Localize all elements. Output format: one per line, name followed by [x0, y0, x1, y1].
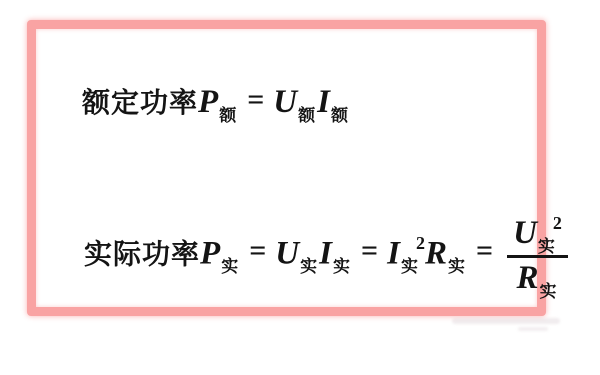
rated-equals: = [247, 83, 264, 116]
actual-sub-r: 实 [448, 258, 465, 275]
rated-var-u: U [273, 84, 297, 120]
actual-var-p: P [200, 235, 220, 271]
actual-sub-i: 实 [333, 258, 350, 275]
actual-equals-1: = [249, 234, 266, 267]
rated-sub-u: 额 [298, 107, 315, 124]
rated-var-i: I [317, 84, 330, 120]
fraction-sup-u: 2 [553, 214, 562, 232]
watermark-smudge-line-1 [452, 318, 560, 324]
fraction-sub-r: 实 [539, 283, 556, 300]
actual-equals-3: = [476, 234, 493, 267]
fraction-numerator: U实2 [507, 215, 568, 251]
formula-card: 额定功率P额=U额I额 实际功率P实=U实I实=I实2R实=U实2R实 [0, 0, 600, 375]
fraction-u-squared-over-r: U实2R实 [507, 215, 568, 297]
rated-var-p: P [198, 84, 218, 120]
rated-power-formula: 额定功率P额=U额I额 [82, 81, 350, 121]
fraction-var-r: R [516, 260, 538, 296]
rated-power-label: 额定功率 [82, 88, 198, 119]
rated-sub-p: 额 [219, 107, 236, 124]
actual-sub-i-squared: 实 [401, 258, 418, 275]
fraction-denominator: R实 [507, 260, 568, 296]
actual-equals-2: = [361, 234, 378, 267]
actual-var-i: I [319, 235, 332, 271]
actual-power-formula: 实际功率P实=U实I实=I实2R实=U实2R实 [84, 219, 568, 301]
pink-frame-border: 额定功率P额=U额I额 实际功率P实=U实I实=I实2R实=U实2R实 [27, 20, 546, 316]
actual-var-r: R [425, 235, 447, 271]
actual-var-u: U [275, 235, 299, 271]
actual-sub-p: 实 [221, 258, 238, 275]
fraction-sub-u: 实 [538, 238, 555, 255]
rated-sub-i: 额 [331, 107, 348, 124]
actual-sub-u: 实 [300, 258, 317, 275]
actual-power-label: 实际功率 [84, 239, 200, 270]
actual-var-i-squared: I [387, 235, 400, 271]
faint-watermark [452, 317, 564, 333]
actual-sup-i-squared: 2 [416, 234, 425, 252]
watermark-smudge-line-2 [518, 327, 548, 331]
fraction-var-u: U [513, 215, 537, 251]
